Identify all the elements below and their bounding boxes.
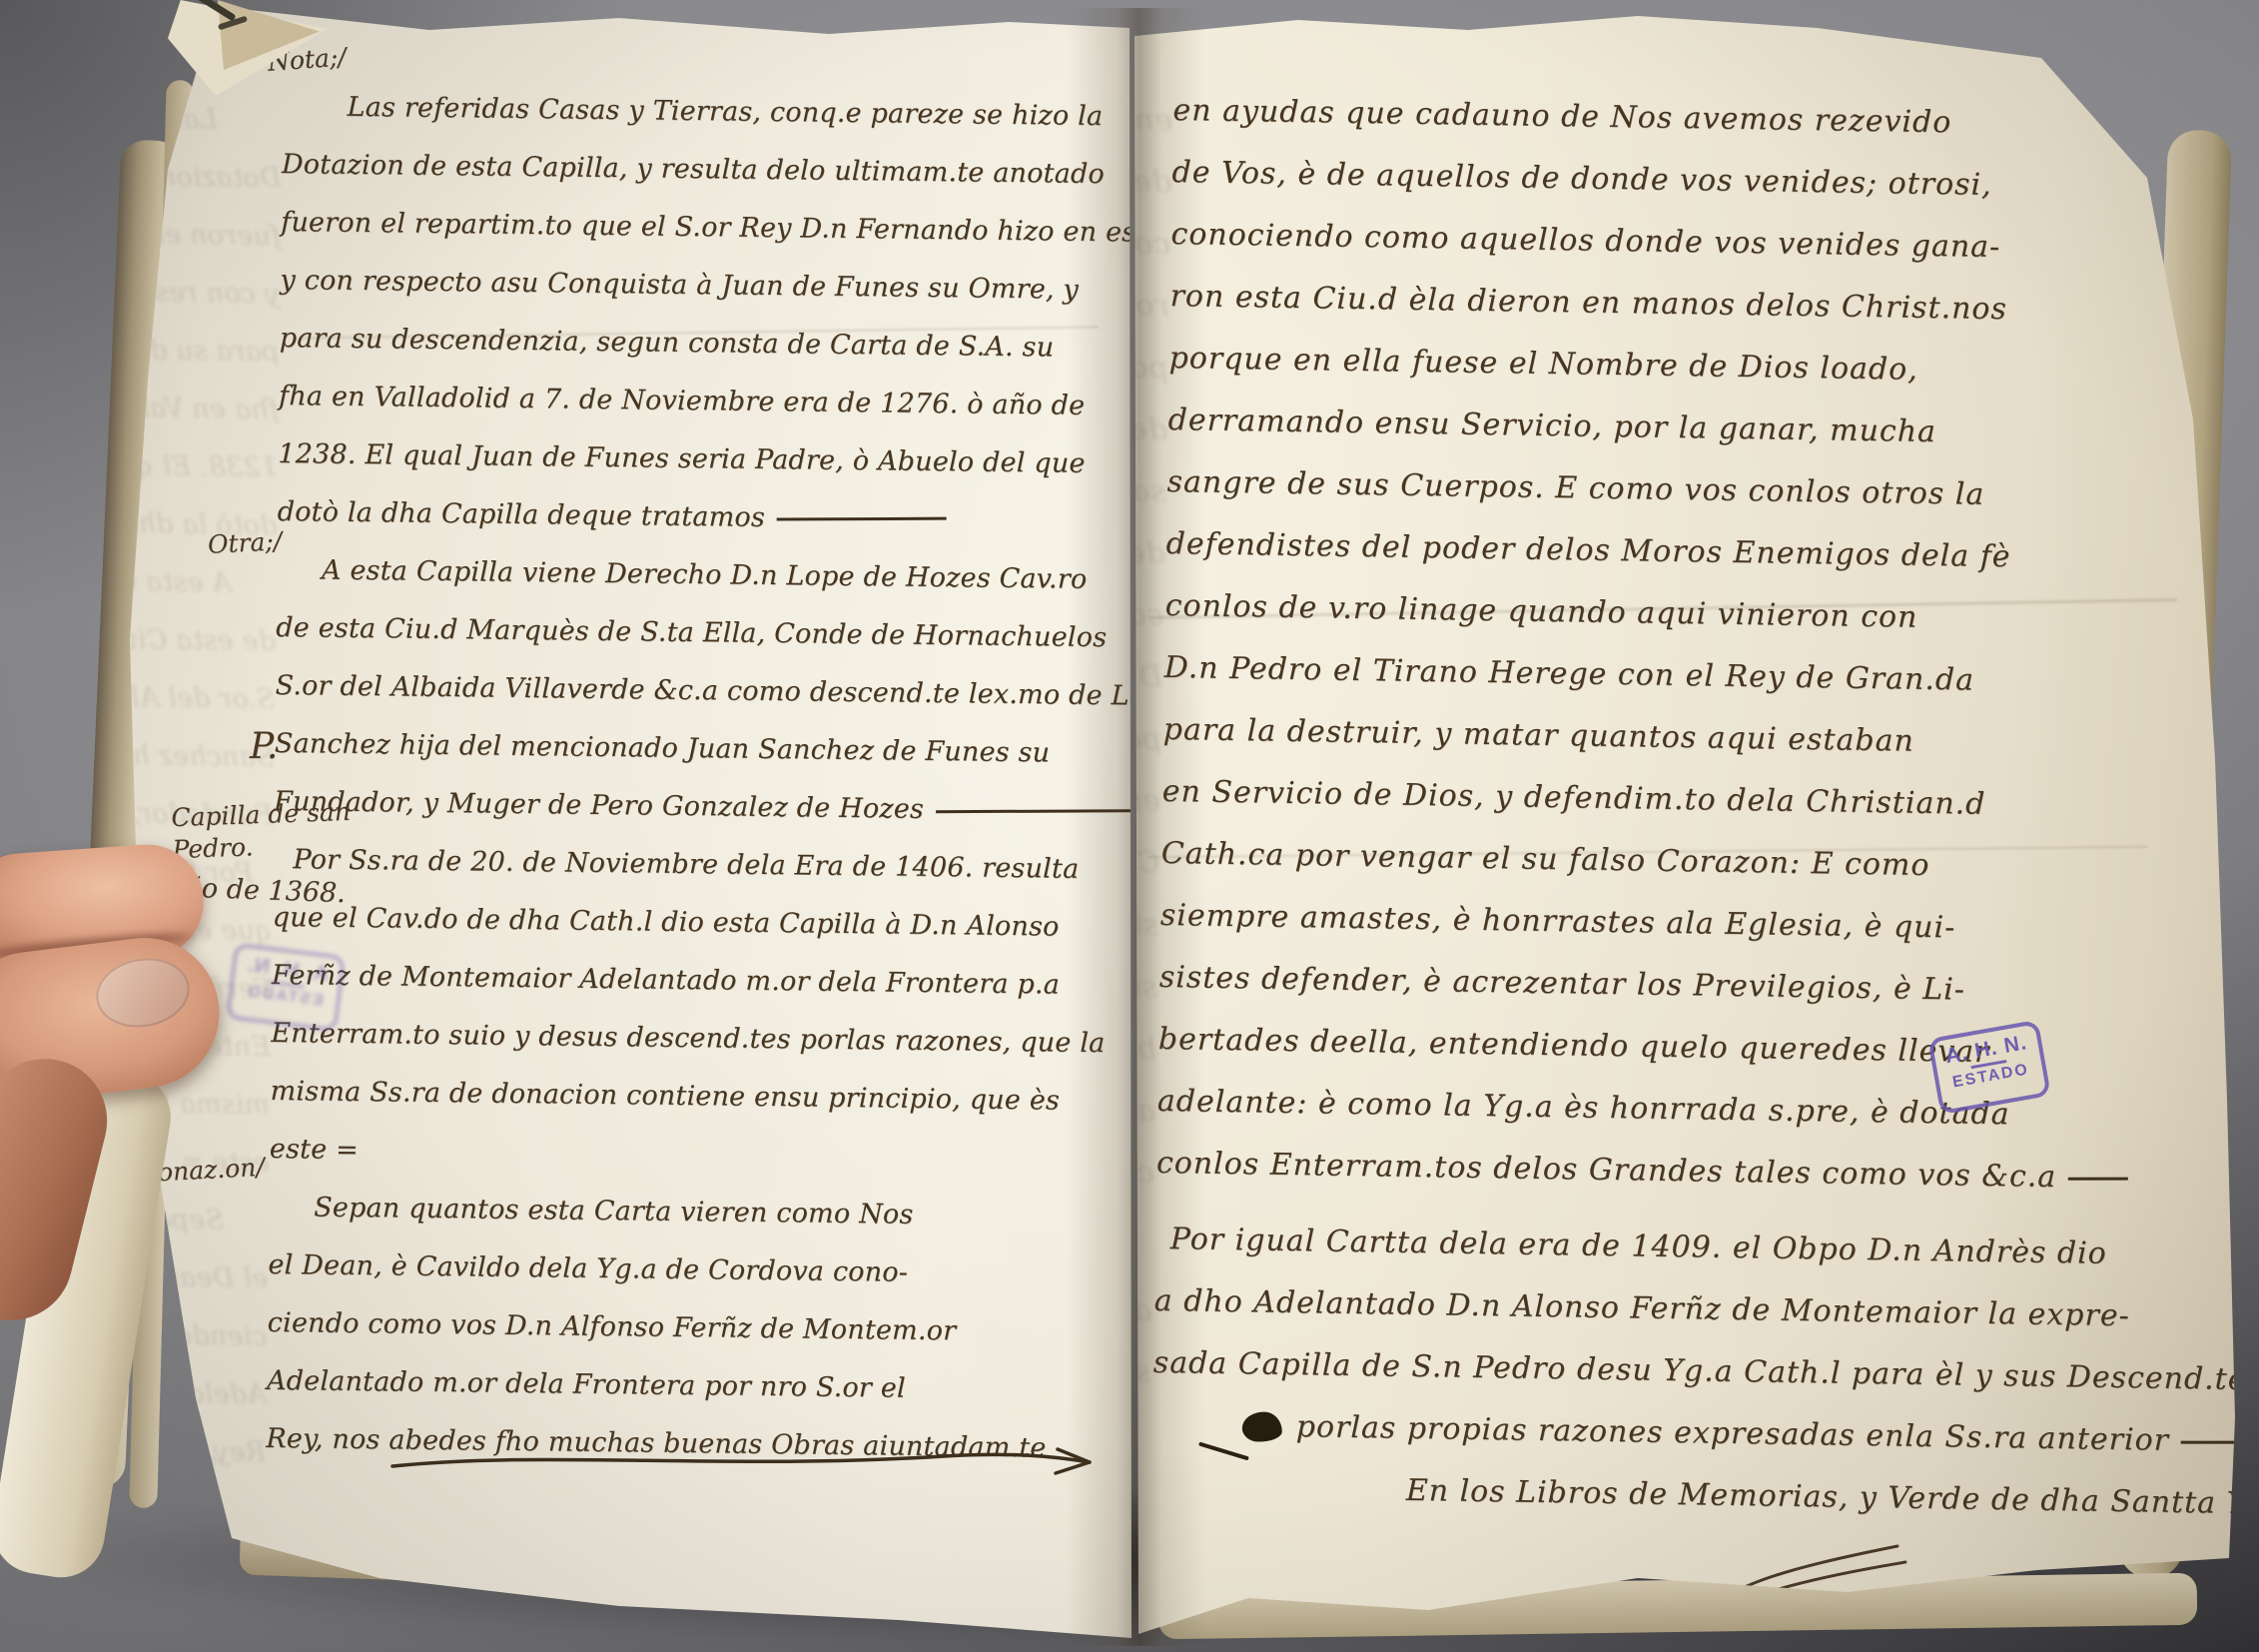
photo-vignette (0, 0, 2259, 1652)
manuscript-photo: Las referidas Casas y Tierras, conq.e pa… (0, 0, 2259, 1652)
